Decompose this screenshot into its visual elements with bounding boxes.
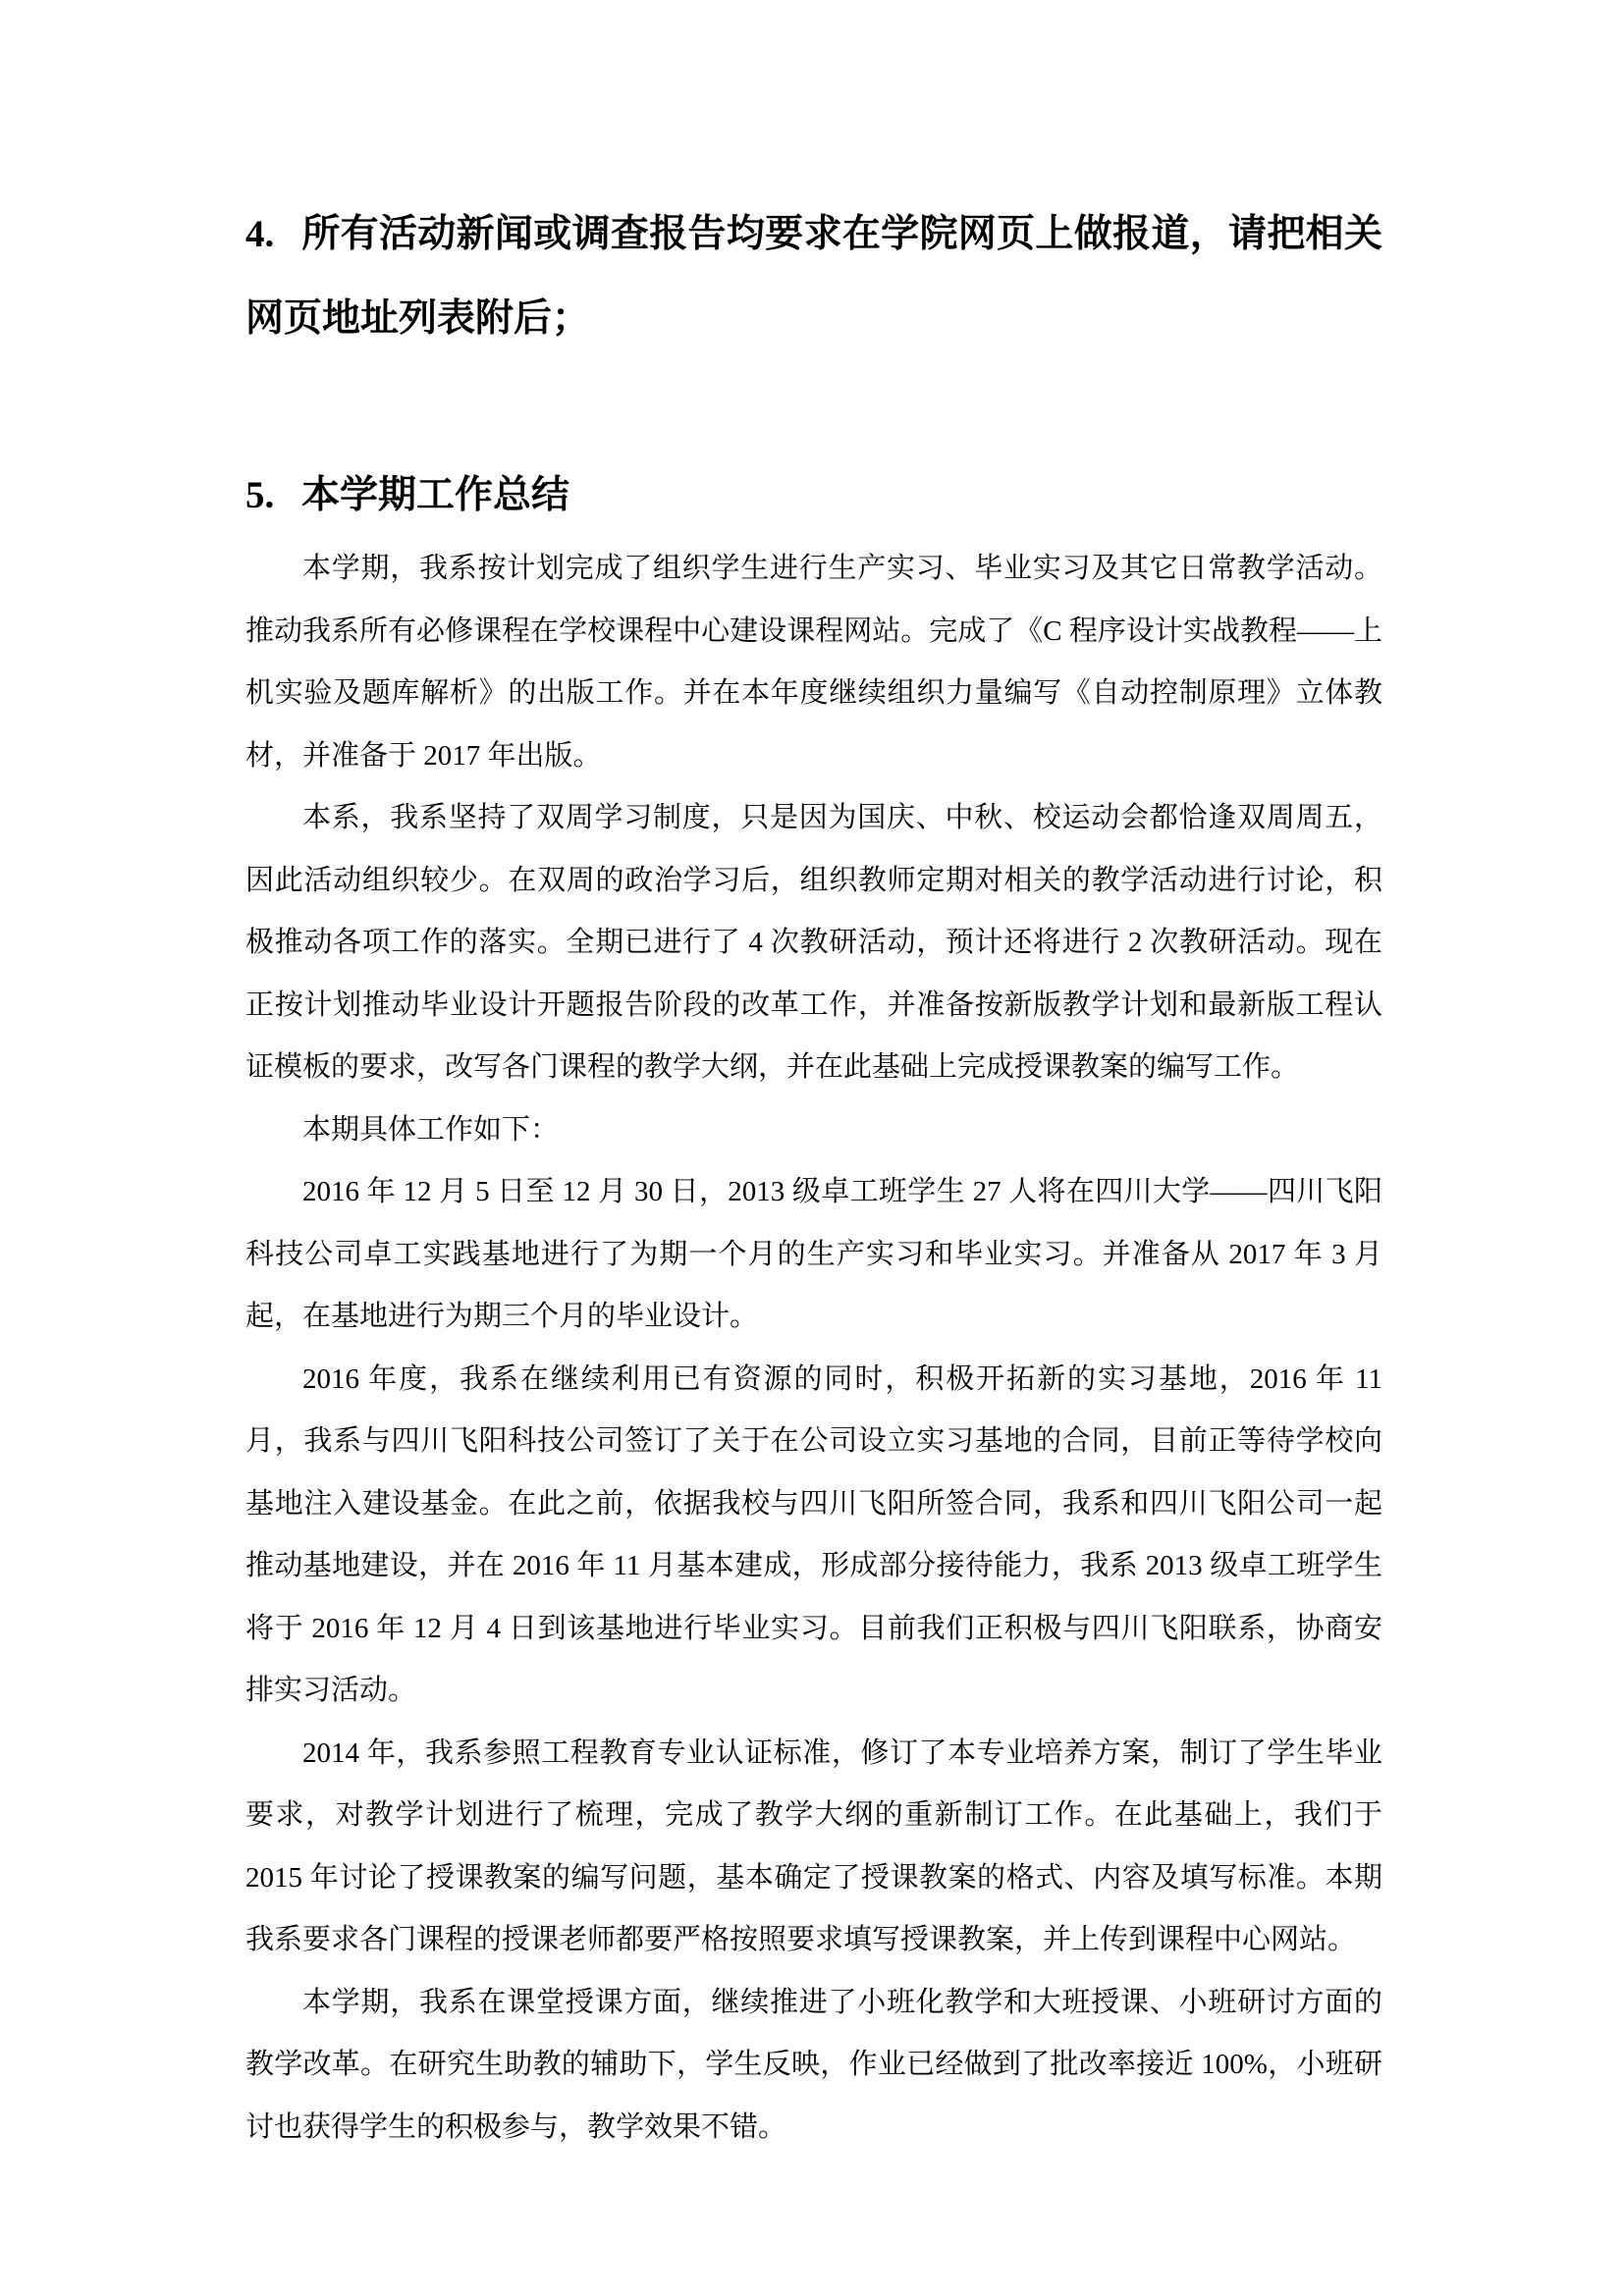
section-heading-5: 5.本学期工作总结 [245, 454, 1382, 538]
section-5-title: 本学期工作总结 [301, 474, 569, 516]
paragraph-december-internship: 2016 年 12 月 5 日至 12 月 30 日，2013 级卓工班学生 2… [245, 1161, 1382, 1349]
section-heading-4: 4.所有活动新闻或调查报告均要求在学院网页上做报道，请把相关网页地址列表附后； [245, 192, 1382, 361]
paragraph-classroom-teaching-reform: 本学期，我系在课堂授课方面，继续推进了小班化教学和大班授课、小班研讨方面的教学改… [245, 1972, 1382, 2160]
section-5-number: 5. [245, 454, 301, 538]
paragraph-biweekly-study-system: 本系，我系坚持了双周学习制度，只是因为国庆、中秋、校运动会都恰逢双周周五，因此活… [245, 787, 1382, 1099]
section-5-body: 本学期，我系按计划完成了组织学生进行生产实习、毕业实习及其它日常教学活动。推动我… [245, 538, 1382, 2159]
section-4-title: 所有活动新闻或调查报告均要求在学院网页上做报道，请把相关网页地址列表附后； [245, 213, 1382, 340]
paragraph-certification-standard: 2014 年，我系参照工程教育专业认证标准，修订了本专业培养方案，制订了学生毕业… [245, 1723, 1382, 1972]
document-page: 4.所有活动新闻或调查报告均要求在学院网页上做报道，请把相关网页地址列表附后； … [0, 0, 1624, 2296]
paragraph-practice-base-construction: 2016 年度，我系在继续利用已有资源的同时，积极开拓新的实习基地，2016 年… [245, 1349, 1382, 1723]
section-4-number: 4. [245, 192, 301, 277]
paragraph-work-list-intro: 本期具体工作如下： [245, 1099, 1382, 1162]
paragraph-semester-overview: 本学期，我系按计划完成了组织学生进行生产实习、毕业实习及其它日常教学活动。推动我… [245, 538, 1382, 787]
